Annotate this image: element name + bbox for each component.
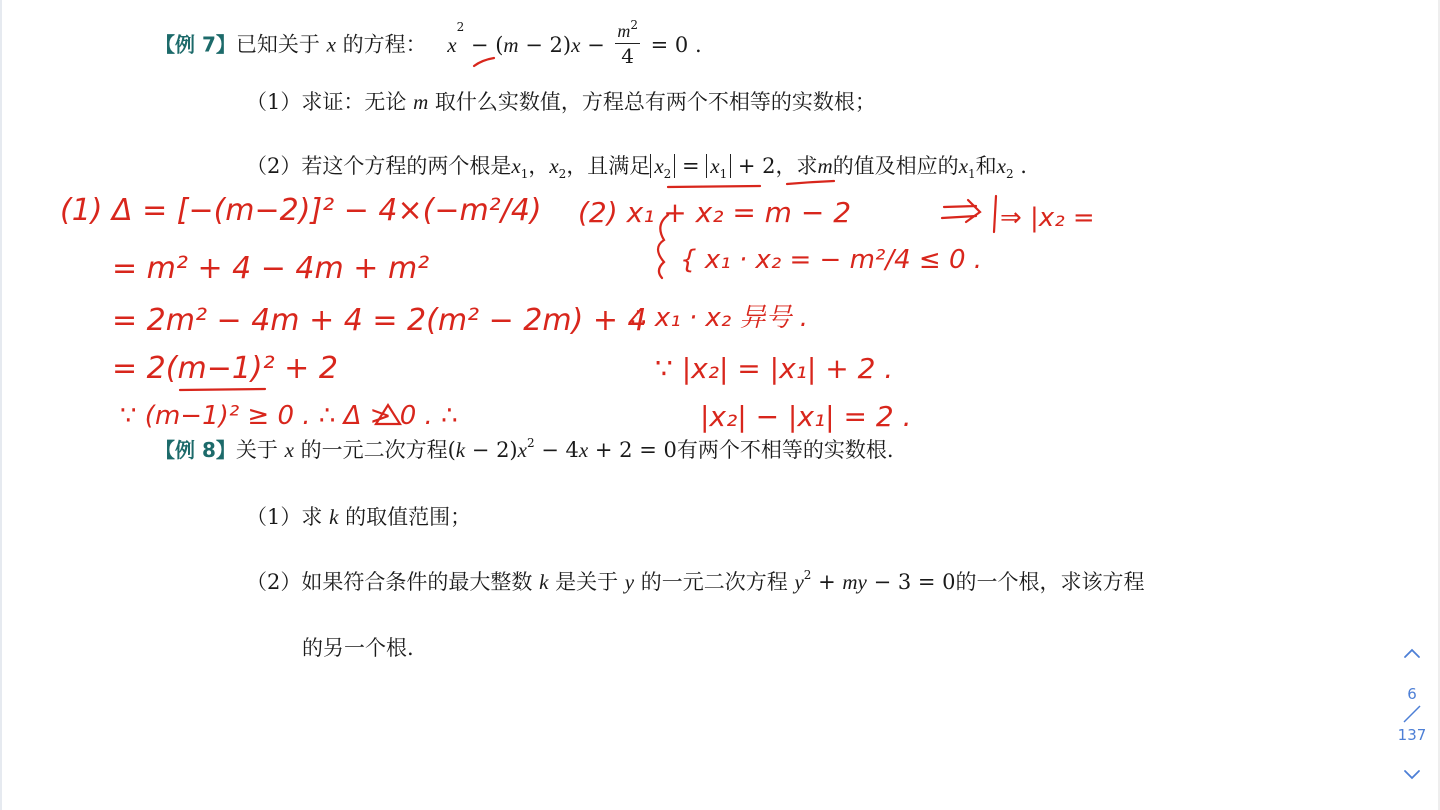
example-8-label: 【例 8】 bbox=[155, 438, 236, 462]
page-separator-slash bbox=[1402, 704, 1422, 724]
example-7-label: 【例 7】 bbox=[155, 33, 236, 57]
fraction-m2-over-4: m24 bbox=[615, 22, 640, 66]
example-8-part-2-continued: 的另一个根. bbox=[302, 638, 414, 659]
example-7-statement: 【例 7】已知关于 x 的方程： x2 − (m − 2)x − m24 = 0… bbox=[155, 24, 702, 68]
page-navigator: 6 137 bbox=[1390, 640, 1434, 790]
example-7-part-1: （1）求证：无论 m 取什么实数值，方程总有两个不相等的实数根； bbox=[246, 92, 876, 113]
total-pages-number: 137 bbox=[1390, 726, 1434, 744]
example-8-statement: 【例 8】关于 x 的一元二次方程(k − 2)x2 − 4x + 2 = 0有… bbox=[155, 440, 894, 461]
chevron-up-icon[interactable] bbox=[1402, 646, 1422, 660]
example-8-part-1: （1）求 k 的取值范围； bbox=[246, 507, 471, 528]
current-page-number: 6 bbox=[1390, 685, 1434, 703]
example-7-part-2: （2）若这个方程的两个根是x1，x2，且满足x2 = x1 + 2，求m的值及相… bbox=[246, 156, 1027, 180]
example-7-equation: x2 − (m − 2)x − m24 = 0 . bbox=[447, 33, 701, 57]
chevron-down-icon[interactable] bbox=[1402, 768, 1422, 782]
example-8-equation: (k − 2)x2 − 4x + 2 = 0 bbox=[448, 438, 677, 462]
document-page: 【例 7】已知关于 x 的方程： x2 − (m − 2)x − m24 = 0… bbox=[0, 0, 1438, 810]
example-8-part-2: （2）如果符合条件的最大整数 k 是关于 y 的一元二次方程 y2 + my −… bbox=[246, 572, 1145, 593]
